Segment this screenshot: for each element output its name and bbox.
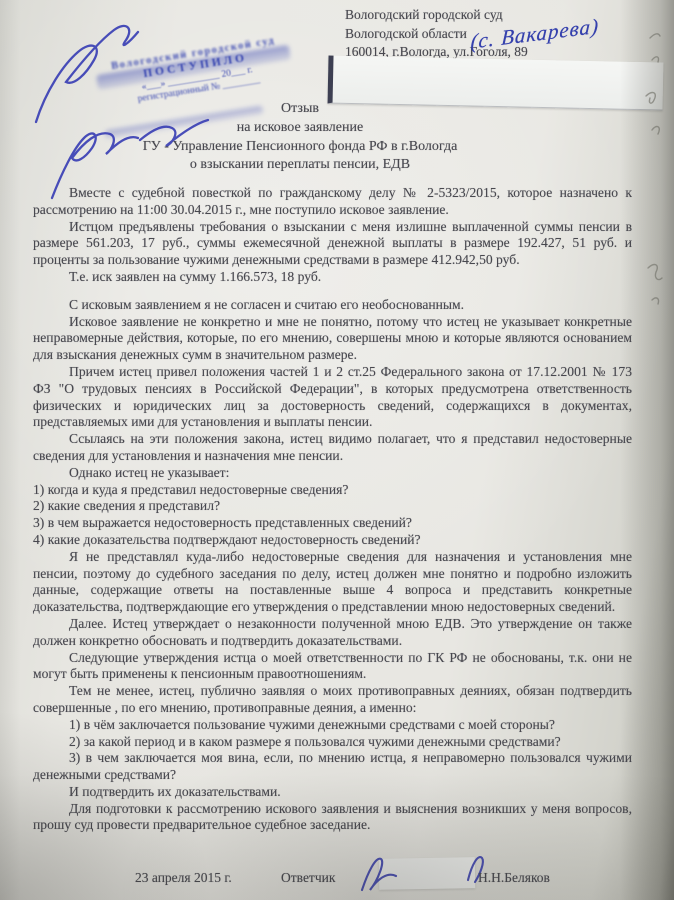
body-paragraph: Для подготовки к рассмотрению искового з… [33,801,632,835]
title-line-subject: о взыскании переплаты пенсии, ЕДВ [0,156,600,175]
footer-date: 23 апреля 2015 г. [135,870,232,886]
title-line-otzyv: Отзыв [0,100,600,119]
respondent-label: Ответчик [281,870,335,886]
body-list-item: 1) в чём заключается пользование чужими … [33,717,632,734]
body-list-item: 2) какие сведения я представил? [33,498,632,515]
body-paragraph: Следующие утверждения истца о моей ответ… [33,650,632,684]
document-body: Вместе с судебной повесткой по гражданск… [33,185,632,834]
body-paragraph: Я не представлял куда-либо недостоверные… [33,549,632,616]
body-paragraph: И подтвердить их доказательствами. [33,784,632,801]
body-paragraph: Т.е. иск заявлен на сумму 1.166.573, 18 … [33,269,632,286]
title-line-na-iskovoe: на исковое заявление [0,119,600,138]
body-paragraph: С исковым заявлением я не согласен и счи… [33,297,632,314]
title-line-claimant: ГУ - Управление Пенсионного фонда РФ в г… [0,138,600,157]
body-list-item: 1) когда и куда я представил недостоверн… [33,482,632,499]
signer-name: Н.Н.Беляков [478,870,550,886]
body-paragraph: Вместе с судебной повесткой по гражданск… [33,185,632,219]
court-name-line: Вологодский городской суд [345,6,528,25]
body-paragraph: Однако истец не указывает: [33,465,632,482]
body-paragraph: Тем не менее, истец, публично заявляя о … [33,683,632,717]
body-paragraph: Ссылаясь на эти положения закона, истец … [33,431,632,465]
body-paragraph: Причем истец привел положения частей 1 и… [33,364,632,431]
body-paragraph: Исковое заявление не конкретно и мне не … [33,314,632,364]
document-title-block: Отзыв на исковое заявление ГУ - Управлен… [0,100,600,175]
redaction-strip-signature [379,857,476,890]
body-paragraph: Далее. Истец утверждает о незаконности п… [33,616,632,650]
body-list-item: 3) в чем выражается недостоверность пред… [33,515,632,532]
scanned-document-page: Вологодский городской суд Вологодской об… [0,0,674,900]
body-list-item: 3) в чем заключается моя вина, если, по … [33,750,632,784]
body-list-item: 4) какие доказательства подтверждают нед… [33,532,632,549]
body-paragraph: Истцом предъявлены требования о взыскани… [33,219,632,269]
body-list-item: 2) за какой период и в каком размере я п… [33,734,632,751]
